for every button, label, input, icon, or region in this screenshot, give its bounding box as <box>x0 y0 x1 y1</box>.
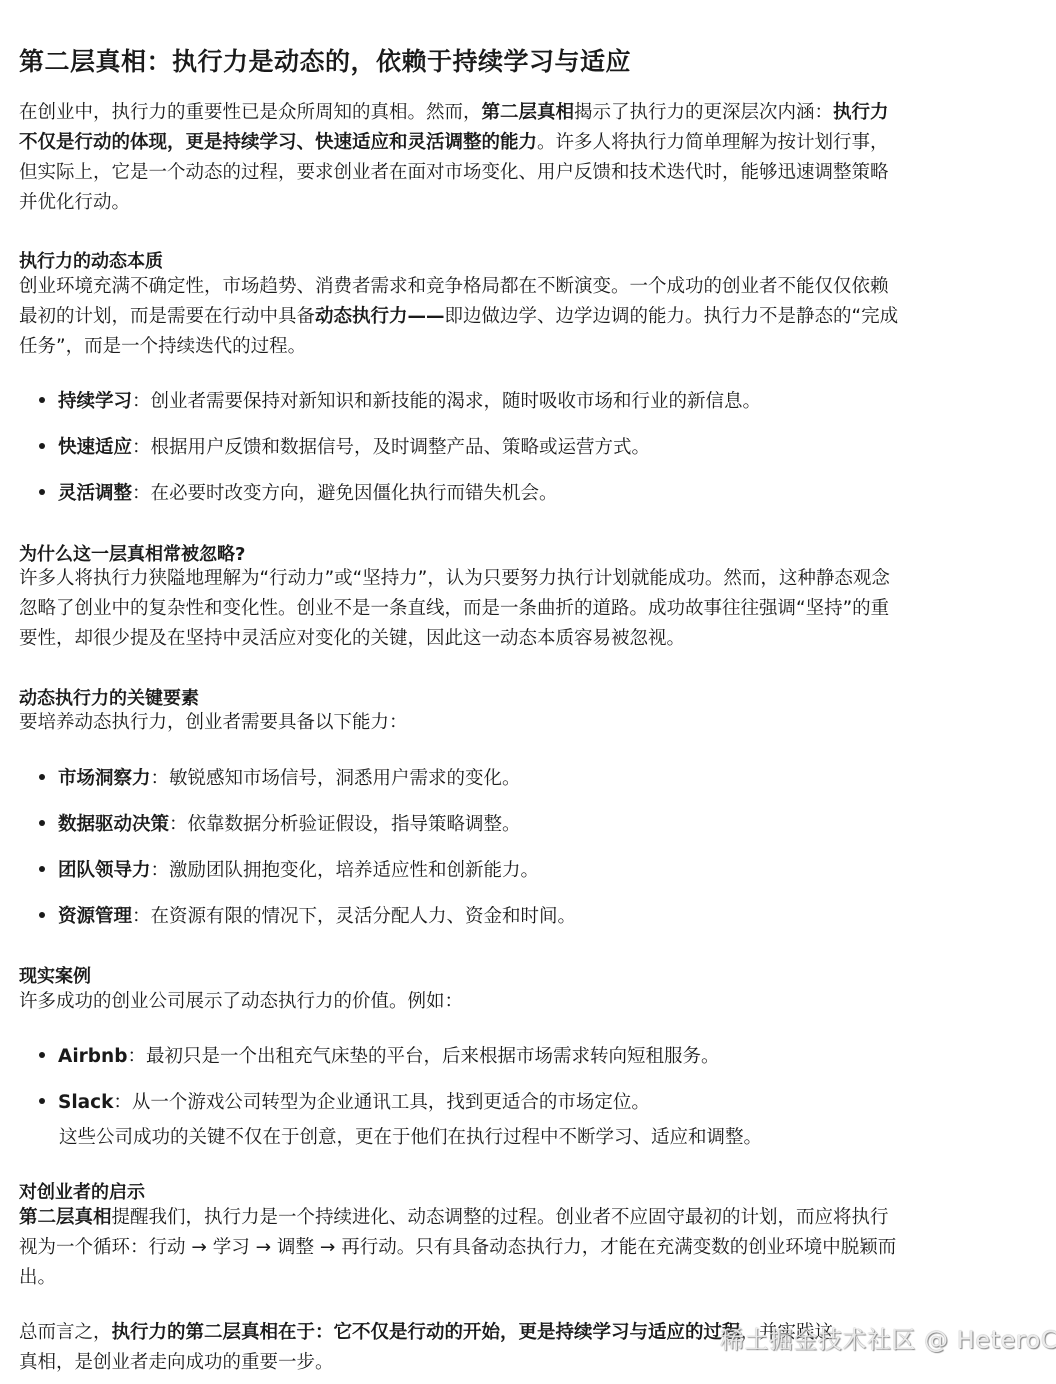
bullet-icon <box>39 912 45 918</box>
section5-line-2: 视为一个循环：行动 → 学习 → 调整 → 再行动。只有具备动态执行力，才能在充… <box>19 1233 896 1263</box>
section4-intro: 许多成功的创业公司展示了动态执行力的价值。例如： <box>19 987 463 1017</box>
section2-line-3: 要性，却很少提及在坚持中灵活应对变化的关键，因此这一动态本质容易被忽视。 <box>19 624 685 654</box>
bullet-icon <box>39 489 45 495</box>
section-heading: 对创业者的启示 <box>19 1178 145 1204</box>
section1-line-3: 任务”，而是一个持续迭代的过程。 <box>19 332 306 362</box>
list-item: 持续学习：创业者需要保持对新知识和新技能的渴求，随时吸收市场和行业的新信息。 <box>39 387 761 417</box>
list-item: 灵活调整：在必要时改变方向，避免因僵化执行而错失机会。 <box>39 479 558 509</box>
list-item: 数据驱动决策：依靠数据分析验证假设，指导策略调整。 <box>39 810 521 840</box>
intro-line-3: 但实际上，它是一个动态的过程，要求创业者在面对市场变化、用户反馈和技术迭代时，能… <box>19 158 889 188</box>
section5-line-1: 第二层真相提醒我们，执行力是一个持续进化、动态调整的过程。创业者不应固守最初的计… <box>19 1203 889 1233</box>
section-heading: 为什么这一层真相常被忽略? <box>19 540 245 566</box>
page-title: 第二层真相：执行力是动态的，依赖于持续学习与适应 <box>19 42 631 78</box>
bullet-icon <box>39 866 45 872</box>
conclusion-line-1: 总而言之，执行力的第二层真相在于：它不仅是行动的开始，更是持续学习与适应的过程，… <box>19 1318 833 1348</box>
intro-line-1: 在创业中，执行力的重要性已是众所周知的真相。然而，第二层真相揭示了执行力的更深层… <box>19 98 889 128</box>
bullet-icon <box>39 397 45 403</box>
list-item: Airbnb：最初只是一个出租充气床垫的平台，后来根据市场需求转向短租服务。 <box>39 1042 719 1072</box>
section1-line-1: 创业环境充满不确定性，市场趋势、消费者需求和竞争格局都在不断演变。一个成功的创业… <box>19 272 889 302</box>
section-heading: 动态执行力的关键要素 <box>19 684 199 710</box>
list-item: 资源管理：在资源有限的情况下，灵活分配人力、资金和时间。 <box>39 902 576 932</box>
bullet-icon <box>39 443 45 449</box>
list-item: 快速适应：根据用户反馈和数据信号，及时调整产品、策略或运营方式。 <box>39 433 650 463</box>
section3-intro: 要培养动态执行力，创业者需要具备以下能力： <box>19 708 408 738</box>
bullet-icon <box>39 820 45 826</box>
section2-line-2: 忽略了创业中的复杂性和变化性。创业不是一条直线，而是一条曲折的道路。成功故事往往… <box>19 594 889 624</box>
list-item: Slack：从一个游戏公司转型为企业通讯工具，找到更适合的市场定位。 <box>39 1088 650 1118</box>
bullet-icon <box>39 1098 45 1104</box>
watermark: 稀土掘金技术社区 @ HeteroCat <box>720 1320 1056 1355</box>
intro-line-2: 不仅是行动的体现，更是持续学习、快速适应和灵活调整的能力。许多人将执行力简单理解… <box>19 128 889 158</box>
section5-line-3: 出。 <box>19 1263 56 1293</box>
section2-line-1: 许多人将执行力狭隘地理解为“行动力”或“坚持力”，认为只要努力执行计划就能成功。… <box>19 564 890 594</box>
bullet-icon <box>39 774 45 780</box>
conclusion-line-2: 真相，是创业者走向成功的重要一步。 <box>19 1348 334 1378</box>
list-note: 这些公司成功的关键不仅在于创意，更在于他们在执行过程中不断学习、适应和调整。 <box>59 1123 762 1149</box>
section1-line-2: 最初的计划，而是需要在行动中具备动态执行力——即边做边学、边学边调的能力。执行力… <box>19 302 898 332</box>
intro-line-4: 并优化行动。 <box>19 188 130 218</box>
section-heading: 执行力的动态本质 <box>19 247 163 273</box>
list-item: 市场洞察力：敏锐感知市场信号，洞悉用户需求的变化。 <box>39 764 521 794</box>
list-item: 团队领导力：激励团队拥抱变化，培养适应性和创新能力。 <box>39 856 539 886</box>
section-heading: 现实案例 <box>19 962 91 988</box>
bullet-icon <box>39 1052 45 1058</box>
